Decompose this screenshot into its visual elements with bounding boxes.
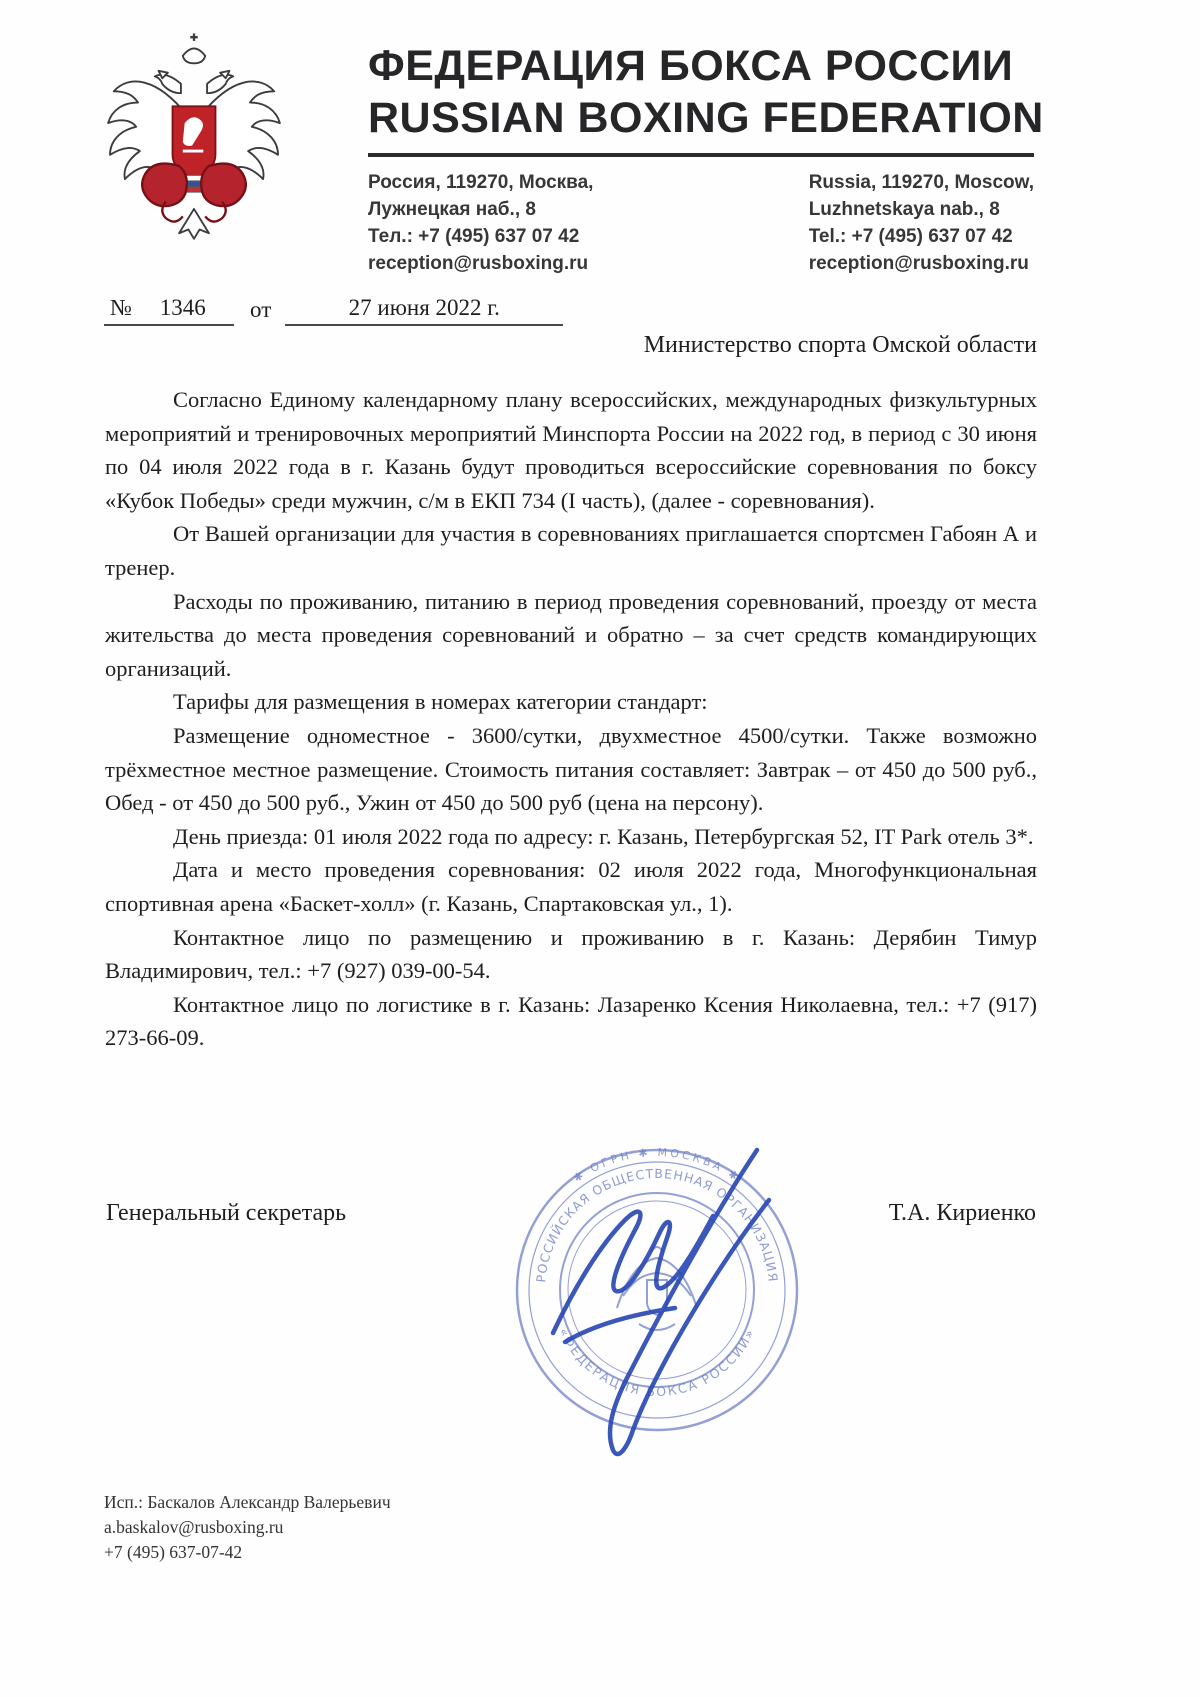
letter-body: Согласно Единому календарному плану всер… (105, 383, 1037, 1055)
scanned-letter-page: ФЕДЕРАЦИЯ БОКСА РОССИИ RUSSIAN BOXING FE… (0, 0, 1200, 1697)
org-title-english: RUSSIAN BOXING FEDERATION (368, 92, 1034, 144)
signer-name: Т.А. Кириенко (889, 1200, 1036, 1227)
paragraph: Дата и место проведения соревнования: 02… (105, 853, 1037, 920)
paragraph: Расходы по проживанию, питанию в период … (105, 585, 1037, 686)
boxing-federation-emblem-icon (100, 26, 288, 250)
stamp-inner-bottom-text: «ФЕДЕРАЦИЯ БОКСА РОССИИ» (556, 1325, 758, 1399)
org-title-russian: ФЕДЕРАЦИЯ БОКСА РОССИИ (368, 40, 1034, 92)
official-stamp-and-signature: РОССИЙСКАЯ ОБЩЕСТВЕННАЯ ОРГАНИЗАЦИЯ «ФЕД… (505, 1128, 835, 1480)
recipient-line: Министерство спорта Омской области (644, 332, 1037, 359)
letterhead: ФЕДЕРАЦИЯ БОКСА РОССИИ RUSSIAN BOXING FE… (368, 40, 1034, 277)
letter-number-field: № 1346 (104, 295, 234, 326)
address-block-russian: Россия, 119270, Москва, Лужнецкая наб., … (368, 169, 593, 277)
letter-number-value: 1346 (160, 295, 206, 320)
executor-phone: +7 (495) 637-07-42 (104, 1540, 391, 1565)
paragraph: Размещение одноместное - 3600/сутки, дву… (105, 719, 1037, 820)
letter-date-field: 27 июня 2022 г. (285, 295, 563, 326)
paragraph: Контактное лицо по логистике в г. Казань… (105, 988, 1037, 1055)
signer-position: Генеральный секретарь (106, 1200, 346, 1227)
executor-email: a.baskalov@rusboxing.ru (104, 1515, 391, 1540)
letterhead-divider (368, 153, 1034, 157)
paragraph: Контактное лицо по размещению и проживан… (105, 921, 1037, 988)
paragraph: Тарифы для размещения в номерах категори… (105, 685, 1037, 719)
executor-name: Исп.: Баскалов Александр Валерьевич (104, 1490, 391, 1515)
number-sign-label: № (110, 295, 132, 320)
reference-line: № 1346 от 27 июня 2022 г. (104, 295, 563, 326)
executor-block: Исп.: Баскалов Александр Валерьевич a.ba… (104, 1490, 391, 1565)
paragraph: От Вашей организации для участия в сорев… (105, 517, 1037, 584)
paragraph: Согласно Единому календарному плану всер… (105, 383, 1037, 517)
from-label: от (250, 297, 271, 323)
svg-text:«ФЕДЕРАЦИЯ БОКСА РОССИИ»: «ФЕДЕРАЦИЯ БОКСА РОССИИ» (556, 1325, 758, 1399)
paragraph: День приезда: 01 июля 2022 года по адрес… (105, 820, 1037, 854)
address-block-english: Russia, 119270, Moscow, Luzhnetskaya nab… (809, 169, 1034, 277)
